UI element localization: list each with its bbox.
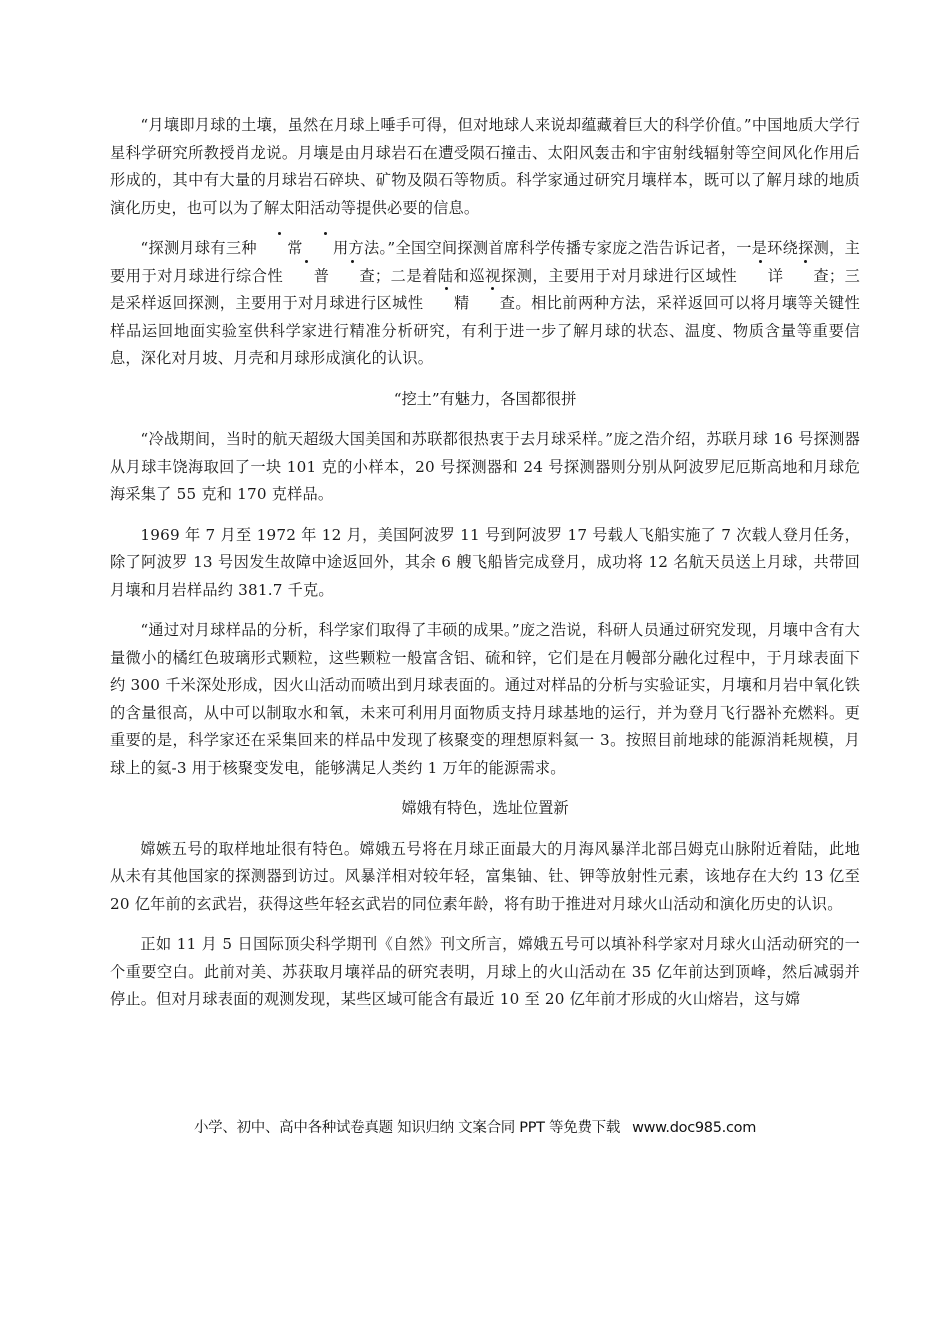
paragraph: 嫦嫉五号的取样地址很有特色。嫦娥五号将在月球正面最大的月海风暴洋北部吕姆克山脉附…	[110, 836, 860, 919]
footer-text: 小学、初中、高中各种试卷真题 知识归纳 文案合同 PPT 等免费下载	[194, 1120, 620, 1136]
emphasis-dot-char: 查	[783, 263, 829, 291]
paragraph: 正如 11 月 5 日国际顶尖科学期刊《自然》刊文所言，嫦娥五号可以填补科学家对…	[110, 931, 860, 1014]
text-run: “通过对月球样品的分析，科学家们取得了丰硕的成果。”庞之浩说，科研人员通过研究发…	[110, 621, 860, 777]
paragraph: “月壤即月球的土壤，虽然在月球上唾手可得，但对地球人来说却蕴藏着巨大的科学价值。…	[110, 112, 860, 222]
text-run: 嫦娥有特色，选址位置新	[401, 799, 568, 817]
emphasis-dot-char: 查	[469, 290, 515, 318]
text-run: “月壤即月球的土壤，虽然在月球上唾手可得，但对地球人来说却蕴藏着巨大的科学价值。…	[110, 116, 860, 217]
text-run: “冷战期间，当时的航天超级大国美国和苏联都很热衷于去月球采样。”庞之浩介绍，苏联…	[110, 430, 860, 503]
text-run: 嫦嫉五号的取样地址很有特色。嫦娥五号将在月球正面最大的月海风暴洋北部吕姆克山脉附…	[110, 840, 860, 913]
paragraph: “冷战期间，当时的航天超级大国美国和苏联都很热衷于去月球采样。”庞之浩介绍，苏联…	[110, 426, 860, 509]
emphasis-dot-char: 用	[303, 235, 349, 263]
text-run: “探测月球有三种	[140, 239, 256, 257]
emphasis-dot-char: 精	[424, 290, 470, 318]
footer-url-link[interactable]: www.doc985.com	[632, 1120, 756, 1136]
paragraph: “通过对月球样品的分析，科学家们取得了丰硕的成果。”庞之浩说，科研人员通过研究发…	[110, 617, 860, 782]
text-run: ；二是着陆和巡视探测，主要用于对月球进行区域性	[375, 267, 737, 285]
paragraph: “探测月球有三种常用方法。”全国空间探测首席科学传播专家庞之浩告诉记者，一是环绕…	[110, 235, 860, 373]
emphasis-dot-char: 详	[737, 263, 783, 291]
document-body: “月壤即月球的土壤，虽然在月球上唾手可得，但对地球人来说却蕴藏着巨大的科学价值。…	[110, 112, 860, 1027]
text-run: 正如 11 月 5 日国际顶尖科学期刊《自然》刊文所言，嫦娥五号可以填补科学家对…	[110, 935, 860, 1008]
text-run: 1969 年 7 月至 1972 年 12 月，美国阿波罗 11 号到阿波罗 1…	[110, 526, 860, 599]
text-run: “挖土”有魅力，各国都很拼	[394, 390, 577, 408]
emphasis-dot-char: 普	[283, 263, 329, 291]
paragraph: 1969 年 7 月至 1972 年 12 月，美国阿波罗 11 号到阿波罗 1…	[110, 522, 860, 605]
emphasis-dot-char: 常	[257, 235, 303, 263]
emphasis-dot-char: 查	[329, 263, 375, 291]
page-footer: 小学、初中、高中各种试卷真题 知识归纳 文案合同 PPT 等免费下载www.do…	[0, 1116, 950, 1137]
section-heading: 嫦娥有特色，选址位置新	[110, 795, 860, 823]
section-heading: “挖土”有魅力，各国都很拼	[110, 386, 860, 414]
